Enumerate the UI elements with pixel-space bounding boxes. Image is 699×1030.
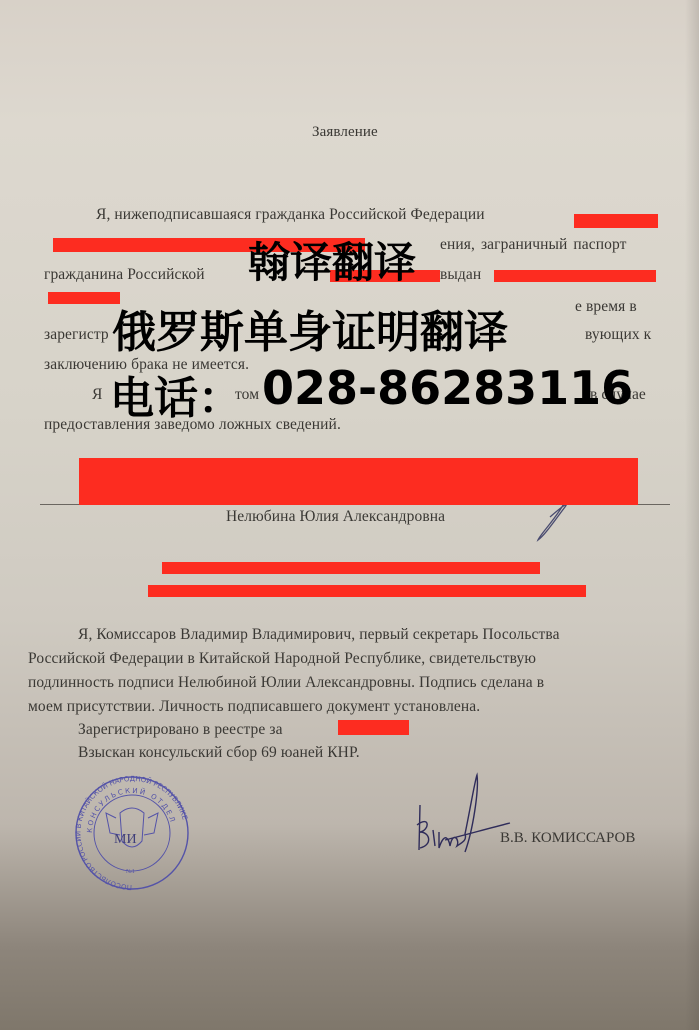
statement-line-7-start: Я xyxy=(92,386,102,404)
overlay-brand: 翰译翻译 xyxy=(248,230,416,290)
redaction-bar xyxy=(494,270,656,282)
statement-line-3-end: выдан xyxy=(440,266,481,284)
overlay-phone[interactable]: 028-86283116 xyxy=(262,361,633,415)
cert-line-1: Я, Комиссаров Владимир Владимирович, пер… xyxy=(78,626,560,644)
redaction-bar xyxy=(48,292,120,304)
svg-text:№1: №1 xyxy=(126,869,135,875)
redaction-bar xyxy=(574,214,658,228)
redaction-block xyxy=(79,458,638,505)
cert-line-3: подлинность подписи Нелюбиной Юлии Алекс… xyxy=(28,674,544,692)
statement-line-3-start: гражданина Российской xyxy=(44,266,205,284)
consular-stamp-icon: ПОСОЛЬСТВО РОССИИ В КИТАЙСКОЙ НАРОДНОЙ Р… xyxy=(70,773,195,891)
redaction-bar xyxy=(162,562,540,574)
signatory-name: В.В. КОМИССАРОВ xyxy=(500,830,635,847)
redaction-bar xyxy=(148,585,586,597)
svg-text:МИ: МИ xyxy=(114,832,137,847)
cert-fee: Взыскан консульский сбор 69 юаней КНР. xyxy=(78,744,360,762)
overlay-phone-label: 电话： xyxy=(110,362,242,426)
statement-line-5-end: вующих к xyxy=(585,326,651,344)
commissioner-signature-icon xyxy=(405,770,515,860)
statement-line-4-end: е время в xyxy=(575,298,637,316)
redaction-bar xyxy=(338,720,409,735)
page-edge-shadow xyxy=(685,0,699,1030)
cert-line-2: Российской Федерации в Китайской Народно… xyxy=(28,650,536,668)
document-title: Заявление xyxy=(312,124,378,141)
cert-registry: Зарегистрировано в реестре за xyxy=(78,721,283,739)
cert-line-4: моем присутствии. Личность подписавшего … xyxy=(28,698,480,716)
statement-line-2: ения, заграничный паспорт xyxy=(440,236,627,254)
overlay-service: 俄罗斯单身证明翻译 xyxy=(112,296,508,360)
statement-line-5-start: зарегистр xyxy=(44,326,109,344)
statement-line-1: Я, нижеподписавшаяся гражданка Российско… xyxy=(96,206,485,224)
applicant-name: Нелюбина Юлия Александровна xyxy=(226,508,445,526)
